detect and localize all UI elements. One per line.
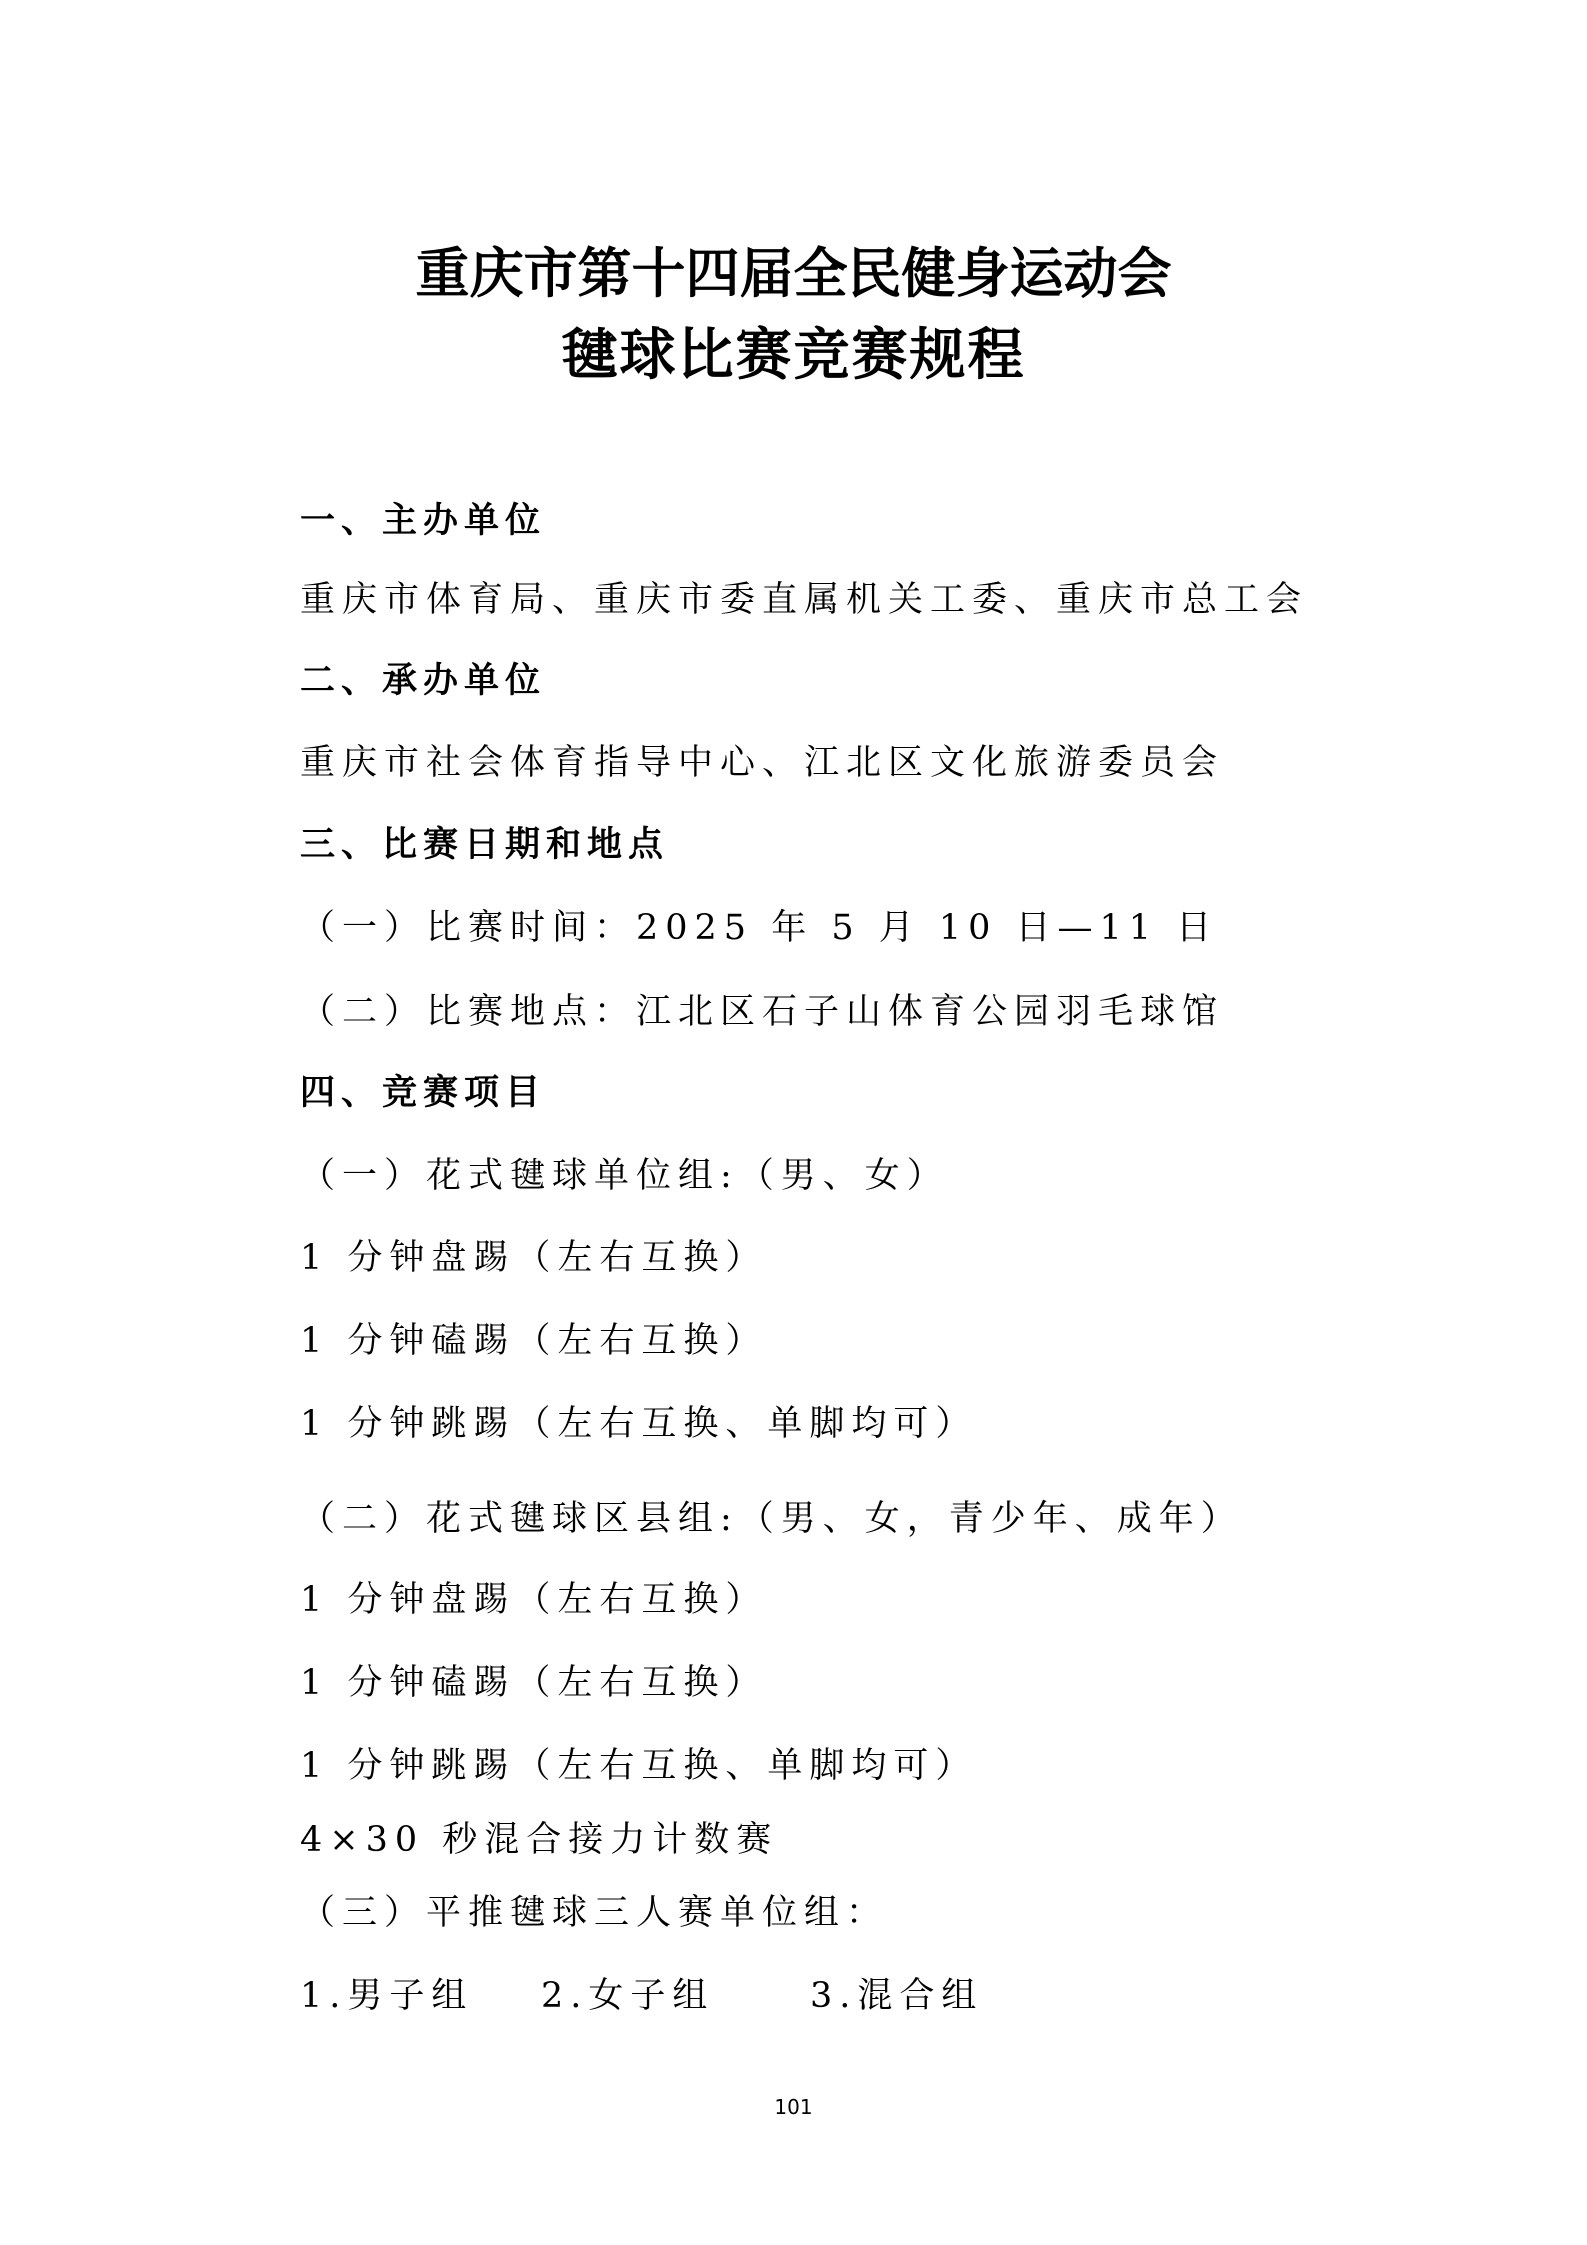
competition-date: （一）比赛时间：2025 年 5 月 10 日—11 日 xyxy=(300,906,1218,950)
document-title-line-2: 毽球比赛竞赛规程 xyxy=(0,327,1587,383)
trio-categories-row: 1.男子组 2.女子组 3.混合组 xyxy=(300,1974,1300,2018)
section-heading-host: 二、承办单位 xyxy=(300,659,546,703)
competition-venue: （二）比赛地点：江北区石子山体育公园羽毛球馆 xyxy=(300,990,1224,1034)
event-item-relay: 4×30 秒混合接力计数赛 xyxy=(300,1818,778,1862)
event-item: 1 分钟磕踢（左右互换） xyxy=(300,1319,767,1363)
event-group-label-push-trio: （三）平推毽球三人赛单位组： xyxy=(300,1891,888,1935)
event-item: 1 分钟跳踢（左右互换、单脚均可） xyxy=(300,1402,977,1446)
page-number: 101 xyxy=(0,2095,1587,2119)
section-heading-organizer: 一、主办单位 xyxy=(300,499,546,543)
category-women: 2.女子组 xyxy=(541,1974,714,2018)
event-group-label-district-fancy: （二）花式毽球区县组:（男、女，青少年、成年） xyxy=(300,1497,1243,1541)
event-item: 1 分钟磕踢（左右互换） xyxy=(300,1661,767,1705)
event-item: 1 分钟盘踢（左右互换） xyxy=(300,1236,767,1280)
event-group-label-unit-fancy: （一）花式毽球单位组:（男、女） xyxy=(300,1154,949,1198)
category-men: 1.男子组 xyxy=(300,1974,473,2018)
event-item: 1 分钟跳踢（左右互换、单脚均可） xyxy=(300,1744,977,1788)
section-heading-events: 四、竞赛项目 xyxy=(300,1071,546,1115)
host-text: 重庆市社会体育指导中心、江北区文化旅游委员会 xyxy=(300,741,1224,785)
organizer-text: 重庆市体育局、重庆市委直属机关工委、重庆市总工会 xyxy=(300,578,1308,622)
event-item: 1 分钟盘踢（左右互换） xyxy=(300,1578,767,1622)
section-heading-date-venue: 三、比赛日期和地点 xyxy=(300,823,669,867)
category-mixed: 3.混合组 xyxy=(810,1974,983,2018)
document-title-line-1: 重庆市第十四届全民健身运动会 xyxy=(0,246,1587,300)
